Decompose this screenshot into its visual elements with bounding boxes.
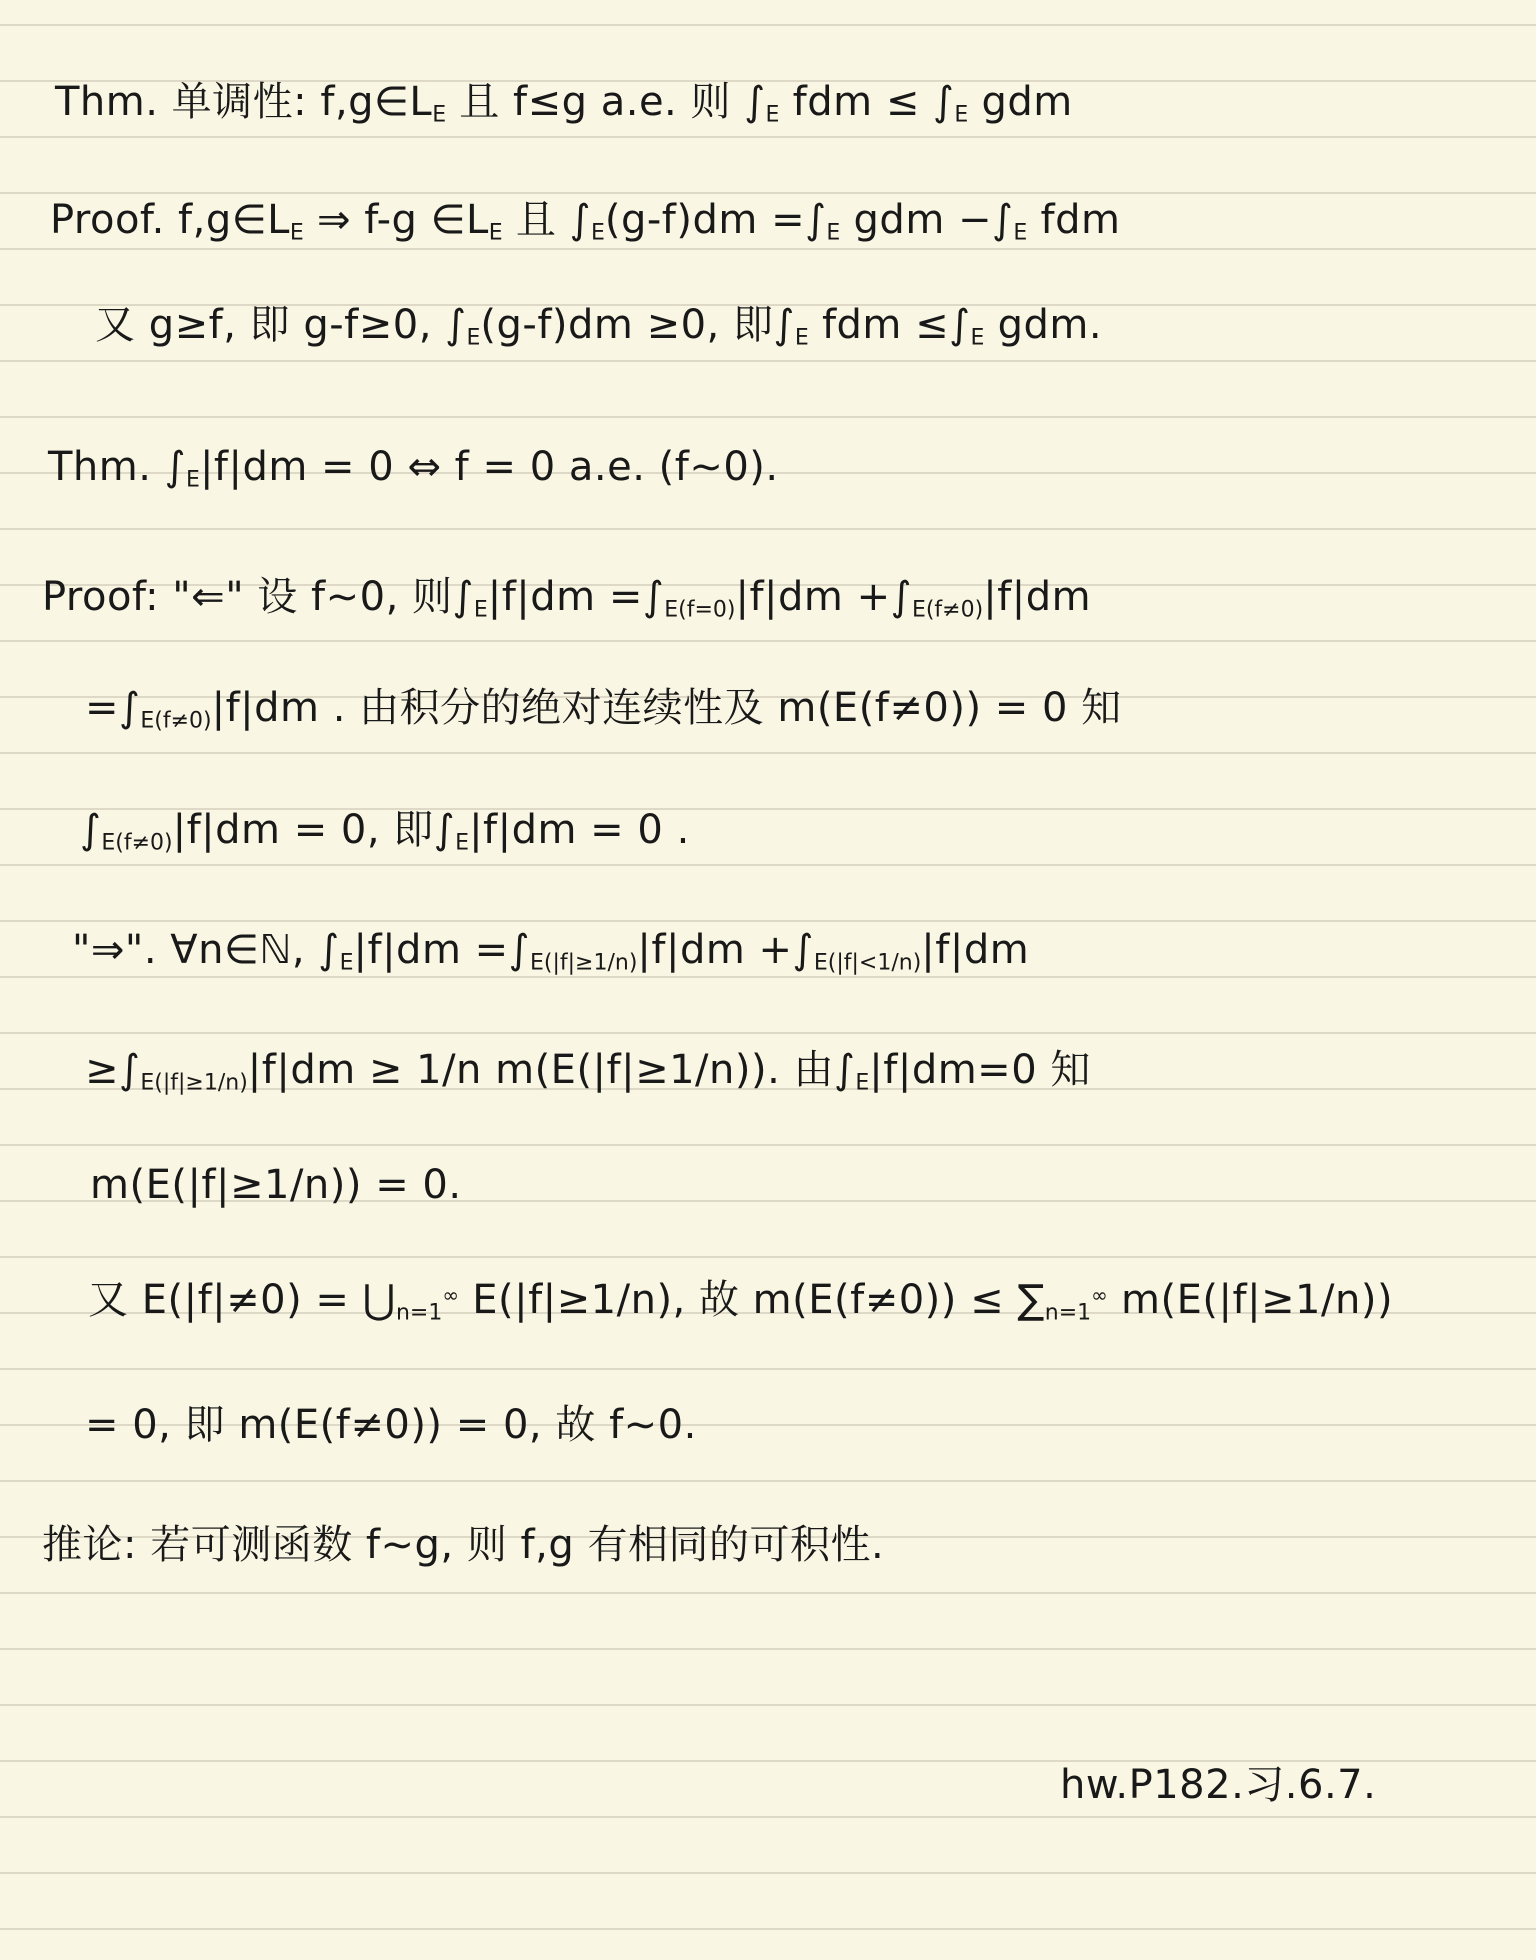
line-proof-forward-4: 又 E(|f|≠0) = ⋃n=1∞ E(|f|≥1/n), 故 m(E(f≠0…: [88, 1276, 1393, 1327]
homework-note: hw.P182.习.6.7.: [1060, 1761, 1376, 1809]
line-proof-backward-1: Proof: "⇐" 设 f∼0, 则∫E|f|dm =∫E(f=0)|f|dm…: [42, 573, 1091, 624]
line-proof-forward-1: "⇒". ∀n∈ℕ, ∫E|f|dm =∫E(|f|≥1/n)|f|dm +∫E…: [72, 926, 1029, 977]
line-proof-monotonicity-2: 又 g≥f, 即 g-f≥0, ∫E(g-f)dm ≥0, 即∫E fdm ≤∫…: [95, 301, 1102, 352]
line-proof-monotonicity-1: Proof. f,g∈LE ⇒ f-g ∈LE 且 ∫E(g-f)dm =∫E …: [50, 196, 1120, 247]
line-thm-monotonicity: Thm. 单调性: f,g∈LE 且 f≤g a.e. 则 ∫E fdm ≤ ∫…: [55, 78, 1073, 129]
line-proof-backward-2: =∫E(f≠0)|f|dm . 由积分的绝对连续性及 m(E(f≠0)) = 0…: [85, 684, 1122, 735]
notebook-page: Thm. 单调性: f,g∈LE 且 f≤g a.e. 则 ∫E fdm ≤ ∫…: [0, 0, 1536, 1960]
line-proof-forward-3: m(E(|f|≥1/n)) = 0.: [90, 1161, 462, 1209]
line-proof-forward-5: = 0, 即 m(E(f≠0)) = 0, 故 f∼0.: [85, 1401, 697, 1449]
line-proof-forward-2: ≥∫E(|f|≥1/n)|f|dm ≥ 1/n m(E(|f|≥1/n)). 由…: [85, 1046, 1091, 1097]
line-thm-zero-integral: Thm. ∫E|f|dm = 0 ⇔ f = 0 a.e. (f∼0).: [48, 443, 779, 494]
line-proof-backward-3: ∫E(f≠0)|f|dm = 0, 即∫E|f|dm = 0 .: [80, 806, 690, 857]
line-corollary: 推论: 若可测函数 f∼g, 则 f,g 有相同的可积性.: [42, 1521, 884, 1569]
